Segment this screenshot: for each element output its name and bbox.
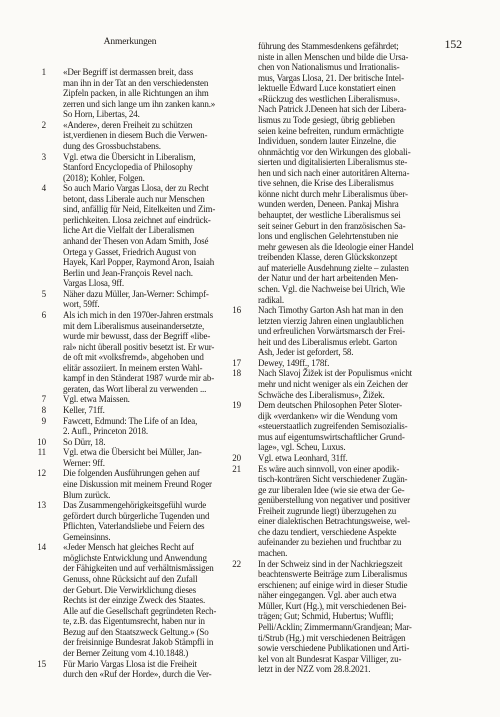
note-text: So auch Mario Vargas Llosa, der zu Recht… <box>63 183 215 289</box>
note-entry: 15Für Mario Vargas Llosa ist die Freihei… <box>30 659 256 680</box>
note-entry: 2«Andere», deren Freiheit zu schützen is… <box>30 120 256 152</box>
note-number: 10 <box>30 437 46 448</box>
note-number: 11 <box>30 447 46 458</box>
note-entry: 13Das Zusammengehörigkeitsgefühl wurde g… <box>30 500 256 542</box>
notes-left-column: 1«Der Begriff ist dermassen breit, dass … <box>30 67 256 680</box>
note-entry: 9Fawcett, Edmund: The Life of an Idea, 2… <box>30 416 256 437</box>
note-text: «Andere», deren Freiheit zu schützen ist… <box>63 120 207 152</box>
note-entry: 8Keller, 71ff. <box>30 405 256 416</box>
note-entry: 16Nach Timothy Garton Ash hat man in den… <box>225 305 451 358</box>
page-title: Anmerkungen <box>38 37 222 48</box>
note-text: führung des Stammesdenkens gefährdet; ni… <box>258 41 413 305</box>
note-text: Für Mario Vargas Llosa ist die Freiheit … <box>63 659 211 680</box>
note-number: 17 <box>225 358 241 369</box>
note-number: 7 <box>30 394 46 405</box>
note-entry: 11Vgl. etwa die Übersicht bei Müller, Ja… <box>30 447 256 468</box>
note-number: 14 <box>30 542 46 553</box>
note-entry: 3Vgl. etwa die Übersicht in Liberalism, … <box>30 152 256 184</box>
note-entry: 7Vgl. etwa Maissen. <box>30 394 256 405</box>
note-number: 15 <box>30 659 46 670</box>
note-number: 8 <box>30 405 46 416</box>
note-entry: 17Dewey, 149ff., 178f. <box>225 358 451 369</box>
note-number: 1 <box>30 67 46 78</box>
note-number: 2 <box>30 120 46 131</box>
note-text: Näher dazu Müller, Jan-Werner: Schimpf- … <box>63 289 209 310</box>
note-number: 20 <box>225 453 241 464</box>
note-number: 3 <box>30 152 46 163</box>
note-number: 12 <box>30 468 46 479</box>
note-text: Vgl. etwa Leonhard, 31ff. <box>258 453 348 464</box>
note-text: Fawcett, Edmund: The Life of an Idea, 2.… <box>63 416 197 437</box>
note-number: 16 <box>225 305 241 316</box>
note-entry: 20Vgl. etwa Leonhard, 31ff. <box>225 453 451 464</box>
note-text: Vgl. etwa die Übersicht in Liberalism, S… <box>63 152 196 184</box>
notes-right-column: führung des Stammesdenkens gefährdet; ni… <box>225 41 451 675</box>
note-text: Dem deutschen Philosophen Peter Sloter- … <box>258 400 408 453</box>
note-text: So Dürr, 18. <box>63 437 105 448</box>
note-entry: 1«Der Begriff ist dermassen breit, dass … <box>30 67 256 120</box>
note-entry: 4So auch Mario Vargas Llosa, der zu Rech… <box>30 183 256 289</box>
note-text: Vgl. etwa Maissen. <box>63 394 130 405</box>
note-number: 21 <box>225 464 241 475</box>
note-number: 9 <box>30 416 46 427</box>
note-entry: 19Dem deutschen Philosophen Peter Sloter… <box>225 400 451 453</box>
note-text: «Jeder Mensch hat gleiches Recht auf mög… <box>63 542 216 658</box>
note-entry: 22In der Schweiz sind in der Nachkriegsz… <box>225 559 451 675</box>
book-page: Anmerkungen 152 1«Der Begriff ist dermas… <box>0 0 500 717</box>
note-number: 18 <box>225 368 241 379</box>
note-text: Es wäre auch sinnvoll, von einer apodik-… <box>258 464 410 559</box>
note-text: Nach Timothy Garton Ash hat man in den l… <box>258 305 405 358</box>
note-text: Die folgenden Ausführungen gehen auf ein… <box>63 468 212 500</box>
note-entry: 5Näher dazu Müller, Jan-Werner: Schimpf-… <box>30 289 256 310</box>
note-text: Dewey, 149ff., 178f. <box>258 358 329 369</box>
note-number: 22 <box>225 559 241 570</box>
note-text: In der Schweiz sind in der Nachkriegszei… <box>258 559 412 675</box>
note-continuation: führung des Stammesdenkens gefährdet; ni… <box>225 41 451 305</box>
note-number: 4 <box>30 183 46 194</box>
note-number: 6 <box>30 310 46 321</box>
note-entry: 14«Jeder Mensch hat gleiches Recht auf m… <box>30 542 256 658</box>
note-entry: 10So Dürr, 18. <box>30 437 256 448</box>
note-entry: 12Die folgenden Ausführungen gehen auf e… <box>30 468 256 500</box>
note-text: «Der Begriff ist dermassen breit, dass m… <box>63 67 215 120</box>
note-text: Nach Slavoj Žižek ist der Populismus «ni… <box>258 368 412 400</box>
note-text: Keller, 71ff. <box>63 405 105 416</box>
note-entry: 21Es wäre auch sinnvoll, von einer apodi… <box>225 464 451 559</box>
note-number: 19 <box>225 400 241 411</box>
note-text: Das Zusammengehörigkeitsgefühl wurde gef… <box>63 500 209 542</box>
note-entry: 18Nach Slavoj Žižek ist der Populismus «… <box>225 368 451 400</box>
note-number: 5 <box>30 289 46 300</box>
note-entry: 6Als ich mich in den 1970er-Jahren erstm… <box>30 310 256 395</box>
note-number: 13 <box>30 500 46 511</box>
note-text: Vgl. etwa die Übersicht bei Müller, Jan-… <box>63 447 202 468</box>
note-text: Als ich mich in den 1970er-Jahren erstma… <box>63 310 214 395</box>
